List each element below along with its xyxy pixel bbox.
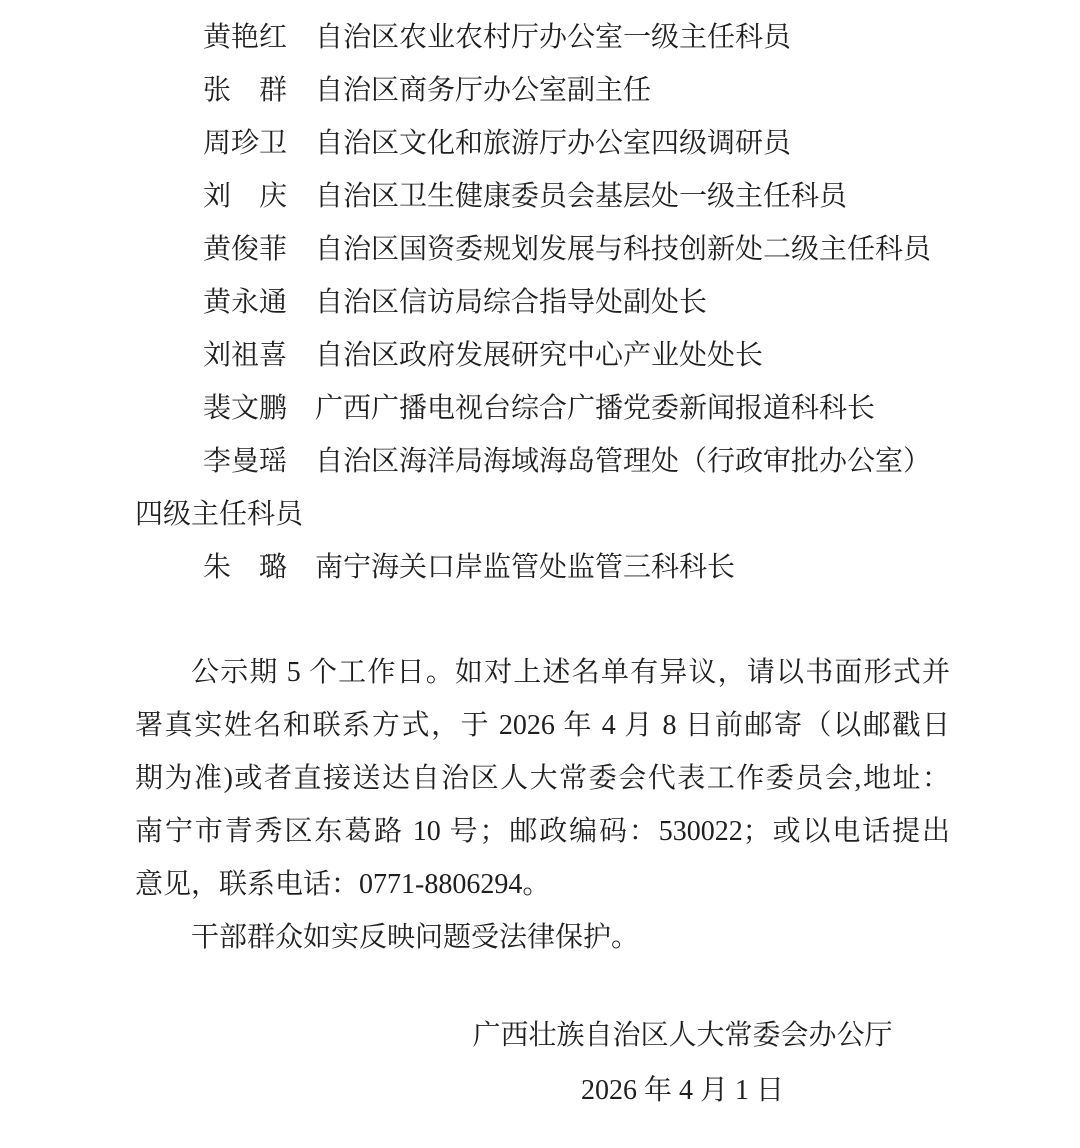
official-position: 自治区卫生健康委员会基层处一级主任科员 (315, 181, 847, 212)
official-entry: 黄俊菲自治区国资委规划发展与科技创新处二级主任科员 (135, 223, 950, 276)
official-entry: 张 群自治区商务厅办公室副主任 (135, 64, 950, 117)
official-name: 刘祖喜 (203, 340, 315, 371)
official-name: 黄永通 (203, 287, 315, 318)
official-position: 自治区文化和旅游厅办公室四级调研员 (315, 128, 791, 159)
official-name: 刘 庆 (203, 181, 315, 212)
official-position: 自治区国资委规划发展与科技创新处二级主任科员 (315, 234, 931, 265)
official-entry: 刘祖喜自治区政府发展研究中心产业处处长 (135, 329, 950, 382)
official-position: 南宁海关口岸监管处监管三科科长 (315, 552, 735, 583)
official-entry: 朱 璐南宁海关口岸监管处监管三科科长 (135, 541, 950, 594)
officials-list: 黄艳红自治区农业农村厅办公室一级主任科员 张 群自治区商务厅办公室副主任 周珍卫… (135, 11, 950, 594)
official-name: 李曼瑶 (203, 446, 315, 477)
official-entry: 刘 庆自治区卫生健康委员会基层处一级主任科员 (135, 170, 950, 223)
official-position: 自治区信访局综合指导处副处长 (315, 287, 707, 318)
official-entry: 周珍卫自治区文化和旅游厅办公室四级调研员 (135, 117, 950, 170)
official-entry: 黄永通自治区信访局综合指导处副处长 (135, 276, 950, 329)
signature-block: 广西壮族自治区人大常委会办公厅 2026 年 4 月 1 日 (415, 1008, 950, 1118)
signature-date: 2026 年 4 月 1 日 (415, 1063, 950, 1118)
official-name: 裴文鹏 (203, 393, 315, 424)
protection-statement: 干部群众如实反映问题受法律保护。 (135, 911, 950, 964)
official-name: 黄俊菲 (203, 234, 315, 265)
official-position: 自治区政府发展研究中心产业处处长 (315, 340, 763, 371)
document-page: 黄艳红自治区农业农村厅办公室一级主任科员 张 群自治区商务厅办公室副主任 周珍卫… (0, 0, 1080, 1148)
notice-line: 意见，联系电话：0771-8806294。 (135, 858, 950, 911)
official-name: 周珍卫 (203, 128, 315, 159)
official-position: 自治区农业农村厅办公室一级主任科员 (315, 22, 791, 53)
signature-org: 广西壮族自治区人大常委会办公厅 (415, 1008, 950, 1063)
notice-line: 公示期 5 个工作日。如对上述名单有异议，请以书面形式并 (135, 646, 950, 699)
official-position: 广西广播电视台综合广播党委新闻报道科科长 (315, 393, 875, 424)
official-entry: 黄艳红自治区农业农村厅办公室一级主任科员 (135, 11, 950, 64)
notice-line: 期为准)或者直接送达自治区人大常委会代表工作委员会,地址： (135, 752, 950, 805)
notice-line: 署真实姓名和联系方式，于 2026 年 4 月 8 日前邮寄（以邮戳日 (135, 699, 950, 752)
notice-paragraph: 公示期 5 个工作日。如对上述名单有异议，请以书面形式并 署真实姓名和联系方式，… (135, 646, 950, 964)
official-name: 朱 璐 (203, 552, 315, 583)
official-position: 自治区商务厅办公室副主任 (315, 75, 651, 106)
official-entry: 李曼瑶自治区海洋局海域海岛管理处（行政审批办公室）四级主任科员 (135, 435, 950, 541)
official-name: 黄艳红 (203, 22, 315, 53)
notice-line: 南宁市青秀区东葛路 10 号；邮政编码：530022；或以电话提出 (135, 805, 950, 858)
official-entry: 裴文鹏广西广播电视台综合广播党委新闻报道科科长 (135, 382, 950, 435)
official-name: 张 群 (203, 75, 315, 106)
